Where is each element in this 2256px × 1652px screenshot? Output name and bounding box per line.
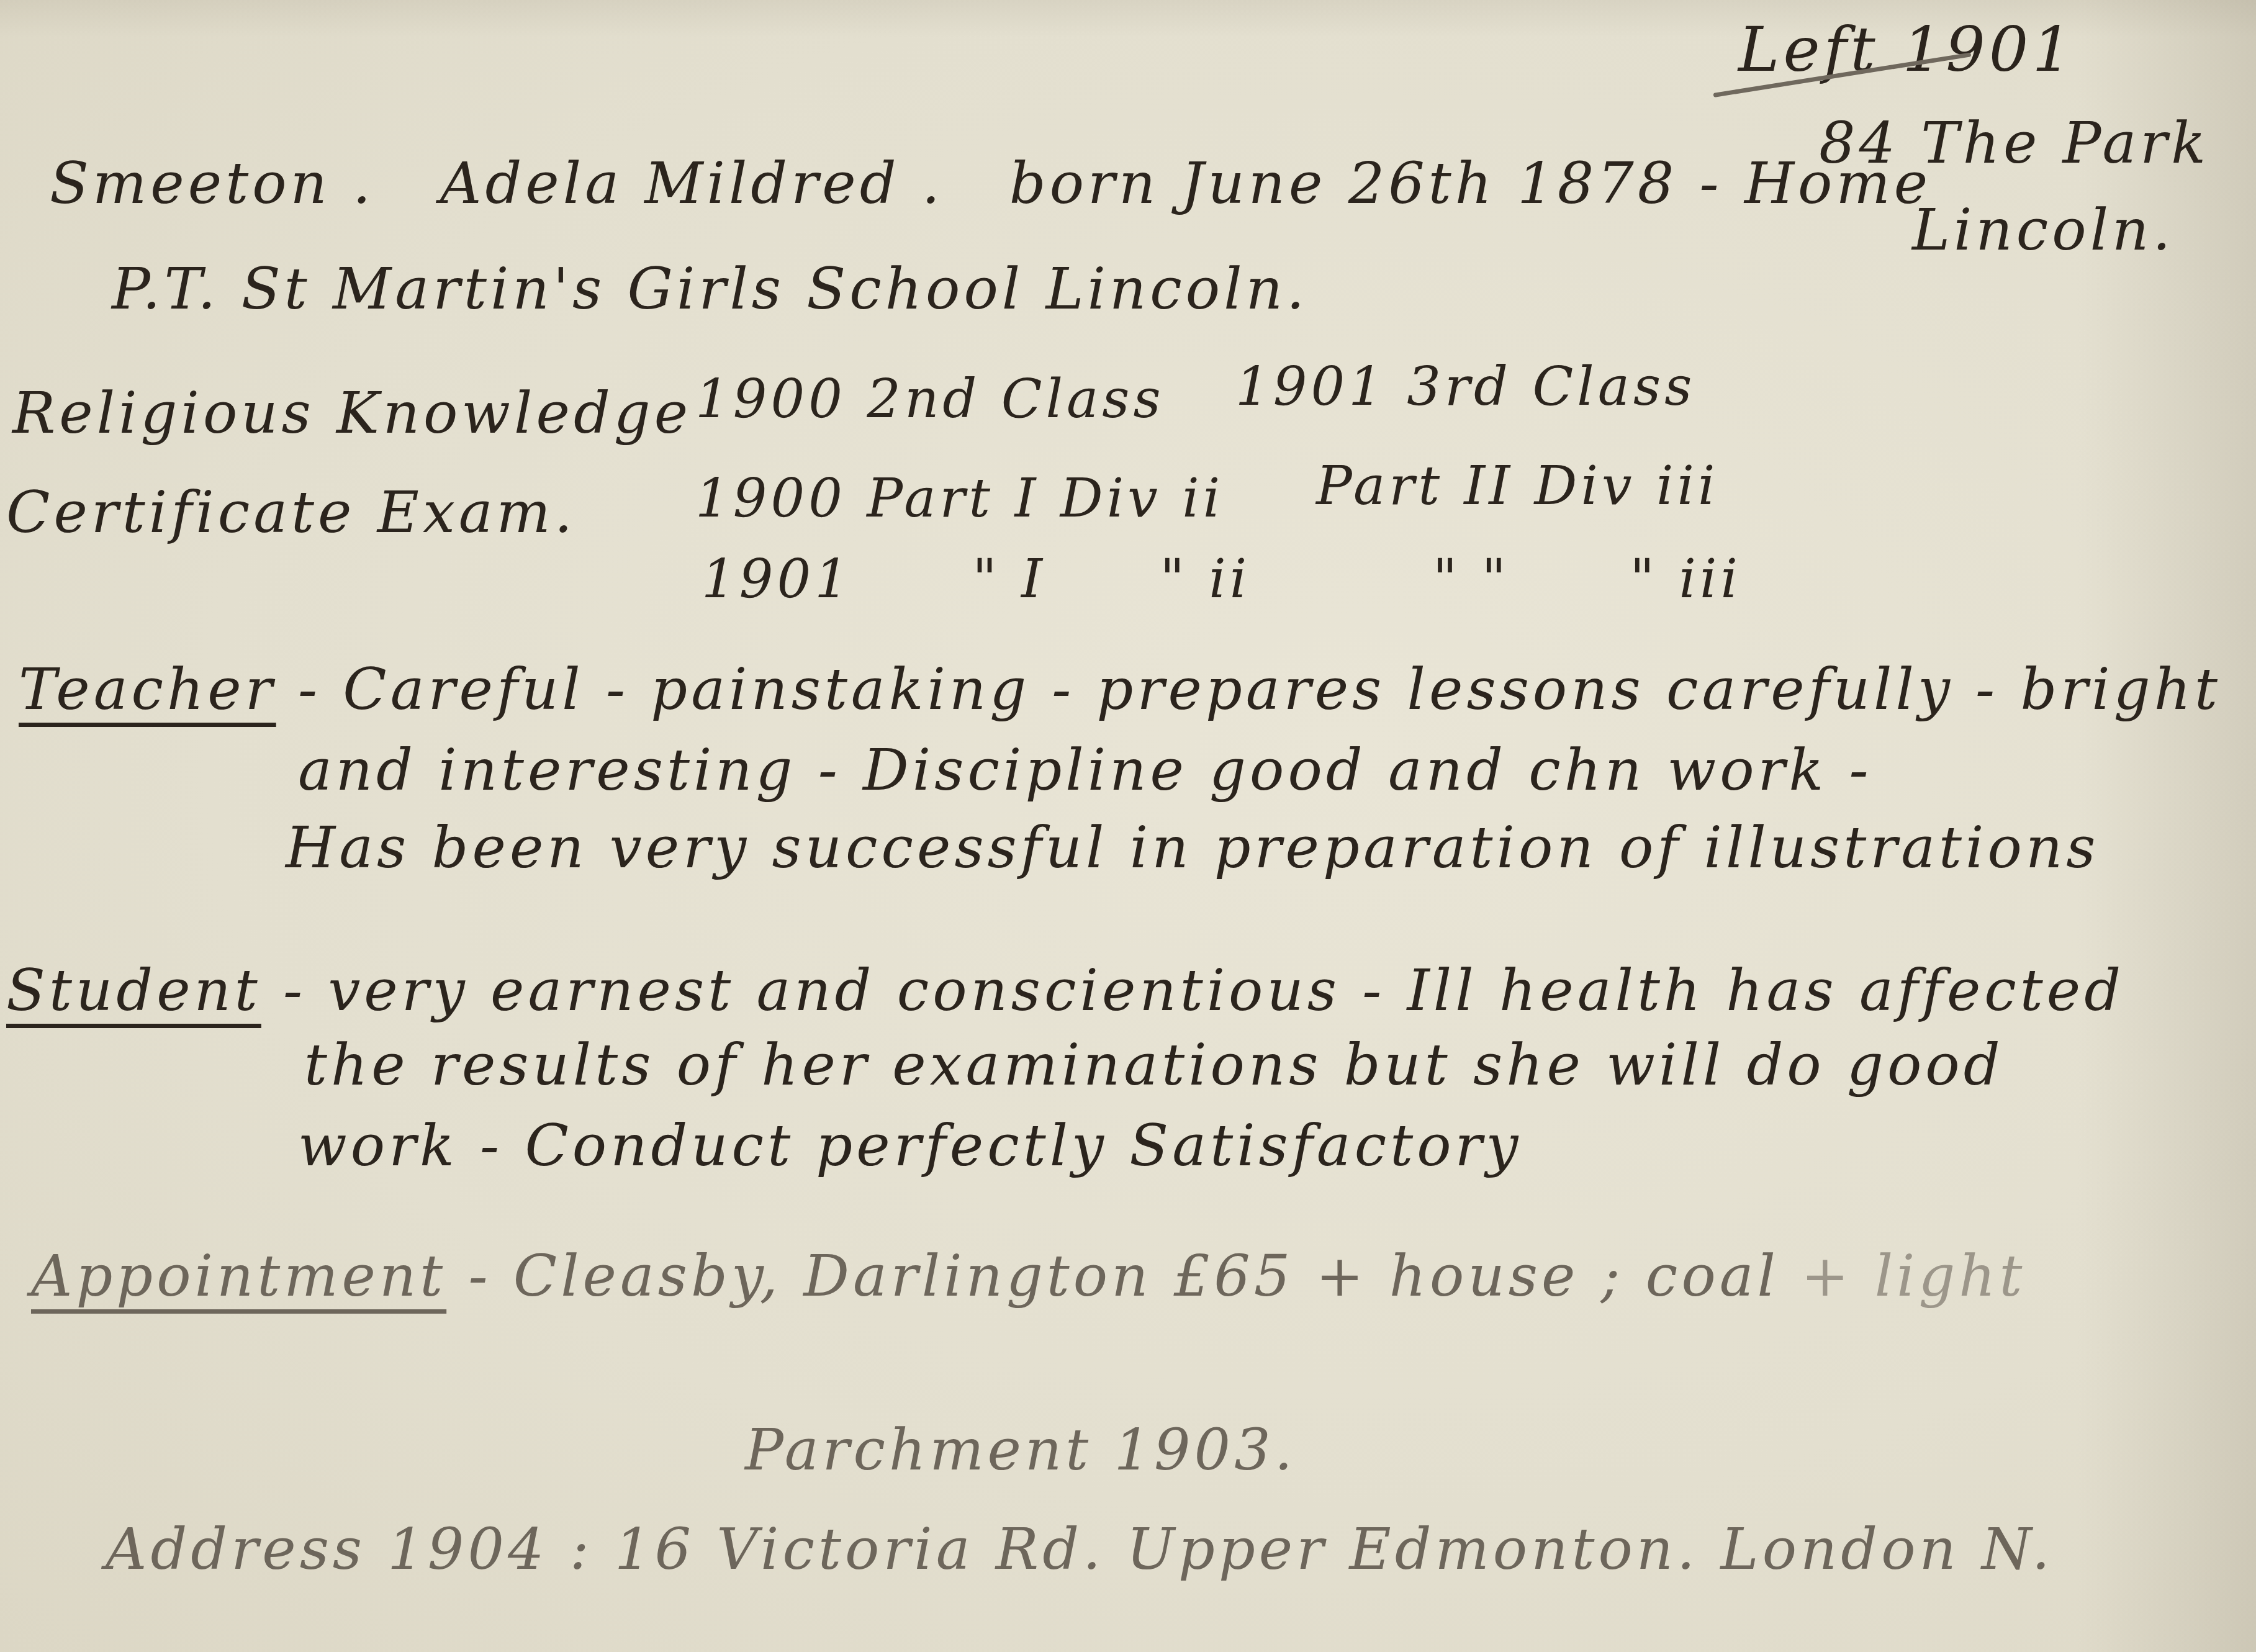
appointment-section: Appointment - Cleasby, Darlington £65 + … [31,1248,2026,1305]
birth-date: born June 26th 1878 [1009,150,1678,217]
student-line-2: the results of her examinations but she … [304,1037,2004,1094]
student-section: Student - very earnest and conscientious… [6,962,2124,1019]
surname: Smeeton [50,150,331,217]
student-line-1: - very earnest and conscientious - Ill h… [283,957,2124,1024]
teacher-label: Teacher [19,661,276,718]
teacher-line-3: Has been very successful in preparation … [286,819,2099,877]
cert-row-1900-part2: Part II Div iii [1316,459,1718,513]
school-line: P.T. St Martin's Girls School Lincoln. [112,261,1308,318]
rk-entry-1901: 1901 3rd Class [1235,360,1695,413]
left-date-note: Left 1901 [1738,19,2075,81]
appointment-text-faint: + light [1801,1243,2026,1309]
rk-entry-1900: 1900 2nd Class [695,372,1165,426]
certificate-exam-label: Certificate Exam. [6,484,576,541]
address-1904: Address 1904 : 16 Victoria Rd. Upper Edm… [106,1521,2054,1578]
cert-row-1900: 1900 Part I Div ii [695,472,1224,525]
home-address-line1: 84 The Park [1819,115,2209,172]
parchment-note: Parchment 1903. [745,1422,1296,1479]
teacher-line-2: and interesting - Discipline good and ch… [298,742,1872,799]
teacher-line-1: - Careful - painstaking - prepares lesso… [298,656,2221,723]
student-label: Student [6,962,261,1019]
name-line: Smeeton . Adela Mildred . born June 26th… [50,155,1931,212]
religious-knowledge-label: Religious Knowledge [12,385,692,442]
cert-row-1901: 1901 " I " ii " " " iii [702,553,1741,606]
appointment-label: Appointment [31,1248,446,1305]
appointment-text: - Cleasby, Darlington £65 + house ; coal [468,1243,1779,1309]
given-names: Adela Mildred [440,150,900,217]
home-address-line2: Lincoln. [1912,202,2175,259]
teacher-section: Teacher - Careful - painstaking - prepar… [19,661,2221,718]
register-page: Left 1901 Smeeton . Adela Mildred . born… [0,0,2256,1652]
student-line-3: work - Conduct perfectly Satisfactory [298,1117,1522,1175]
